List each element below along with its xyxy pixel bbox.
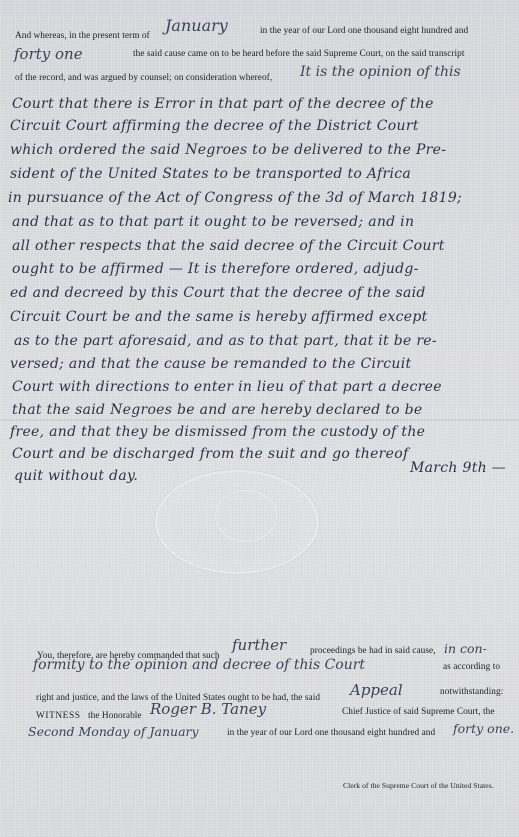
upper-line1-hand-term: January [165, 16, 228, 35]
decree-line: and that as to that part it ought to be … [12, 214, 519, 230]
lower-line2-hand: formity to the opinion and decree of thi… [33, 657, 365, 673]
upper-line1-printed-a: And whereas, in the present term of [15, 31, 150, 41]
lower-line4-printed-c: Chief Justice of said Supreme Court, the [342, 707, 495, 717]
decree-line: Circuit Court be and the same is hereby … [10, 309, 519, 325]
lower-line4-hand-justice: Roger B. Taney [150, 700, 266, 718]
lower-line5-printed: in the year of our Lord one thousand eig… [227, 728, 435, 738]
decree-line: free, and that they be dismissed from th… [10, 424, 519, 440]
upper-line1-printed-b: in the year of our Lord one thousand eig… [260, 26, 468, 36]
lower-line1-hand-a: further [232, 636, 286, 654]
lower-line1-printed-b: proceedings be had in said cause, [310, 646, 436, 656]
decree-line: that the said Negroes be and are hereby … [12, 402, 519, 418]
lower-line5-hand-a: Second Monday of January [28, 724, 199, 739]
lower-line3-hand: Appeal [350, 681, 403, 699]
paper-fold-crease [0, 419, 519, 421]
decree-line: ought to be affirmed — It is therefore o… [12, 261, 519, 277]
embossed-seal-center-icon [215, 490, 277, 542]
decree-line: versed; and that the cause be remanded t… [10, 356, 519, 372]
lower-line3-printed-b: notwithstanding: [440, 687, 503, 697]
decree-line: in pursuance of the Act of Congress of t… [8, 190, 519, 206]
decree-line: Court that there is Error in that part o… [12, 96, 519, 112]
decree-line: sident of the United States to be transp… [10, 166, 519, 182]
lower-line2-printed: as according to [443, 662, 500, 672]
upper-line2-printed: the said cause came on to be heard befor… [133, 49, 465, 59]
decree-line: ed and decreed by this Court that the de… [10, 285, 519, 301]
upper-line3-printed: of the record, and was argued by counsel… [15, 73, 272, 83]
decree-line: as to the part aforesaid, and as to that… [14, 333, 519, 349]
decree-line: all other respects that the said decree … [12, 238, 519, 254]
decree-line: which ordered the said Negroes to be del… [10, 142, 519, 158]
lower-line5-hand-b: forty one. [453, 721, 514, 736]
date-note: March 9th — [410, 460, 506, 476]
upper-line3-hand: It is the opinion of this [300, 64, 461, 80]
lower-line4-printed-b: the Honorable [88, 711, 142, 721]
decree-line: Circuit Court affirming the decree of th… [10, 118, 519, 134]
lower-line1-hand-b: in con- [444, 641, 487, 656]
clerk-signature-caption: Clerk of the Supreme Court of the United… [343, 781, 494, 790]
upper-line2-hand-year: forty one [14, 45, 83, 63]
lower-line4-witness: WITNESS [36, 711, 80, 721]
decree-line: Court with directions to enter in lieu o… [12, 379, 519, 395]
